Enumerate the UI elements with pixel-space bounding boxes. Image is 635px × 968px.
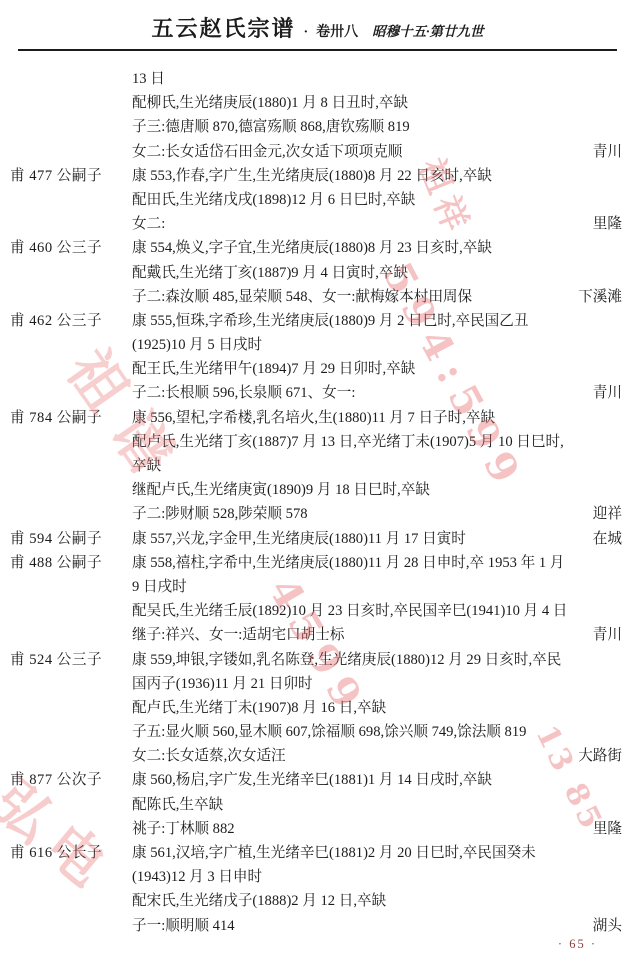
entry-text: 13 日	[132, 67, 622, 91]
book-title: 五云赵氏宗谱	[151, 16, 295, 41]
entry-text: 祧子:丁林顺 882	[132, 817, 593, 841]
father-rank-label: 甫 477 公嗣子	[0, 164, 132, 188]
entry-line: 配戴氏,生光绪丁亥(1887)9 月 4 日寅时,卒缺	[0, 261, 635, 285]
entry-line: 继子:祥兴、女一:适胡宅口胡士标 青川	[0, 623, 635, 647]
entry-text: 继子:祥兴、女一:适胡宅口胡士标	[132, 623, 593, 647]
entry-text: 配田氏,生光绪戊戌(1898)12 月 6 日巳时,卒缺	[132, 188, 622, 212]
entry-text: 子三:德唐顺 870,德富殇顺 868,唐钦殇顺 819	[132, 115, 622, 139]
entry-text: 配柳氏,生光绪庚辰(1880)1 月 8 日丑时,卒缺	[132, 91, 622, 115]
entry-line: 子二:森汝顺 485,显荣顺 548、女一:献梅嫁本村田周保 下溪滩	[0, 285, 635, 309]
entry-text: 康 559,坤银,字镂如,乳名陈登,生光绪庚辰(1880)12 月 29 日亥时…	[132, 648, 622, 672]
entry-text: 继配卢氏,生光绪庚寅(1890)9 月 18 日巳时,卒缺	[132, 478, 622, 502]
page-number: · 65 ·	[558, 937, 597, 952]
entry-text: 子二:森汝顺 485,显荣顺 548、女一:献梅嫁本村田周保	[132, 285, 578, 309]
entry-line: 9 日戌时	[0, 575, 635, 599]
rows: 13 日 配柳氏,生光绪庚辰(1880)1 月 8 日丑时,卒缺 子三:德唐顺 …	[0, 67, 635, 938]
entry-text: 女二:长女适蔡,次女适汪	[132, 744, 578, 768]
entry-text: 康 555,恒珠,字希珍,生光绪庚辰(1880)9 月 2 日巳时,卒民国乙丑	[132, 309, 622, 333]
entry-line: 配卢氏,生光绪丁未(1907)8 月 16 日,卒缺	[0, 696, 635, 720]
father-rank-label: 甫 594 公嗣子	[0, 527, 132, 551]
entry-text: 子二:陟财顺 528,陟荣顺 578	[132, 502, 593, 526]
place-name: 里隆	[593, 212, 635, 236]
entry-line: 甫 488 公嗣子 康 558,禧柱,字希中,生光绪庚辰(1880)11 月 2…	[0, 551, 635, 575]
entry-line: 甫 877 公次子 康 560,杨启,字广发,生光绪辛巳(1881)1 月 14…	[0, 768, 635, 792]
entry-line: 甫 616 公长子 康 561,汉培,字广植,生光绪辛巳(1881)2 月 20…	[0, 841, 635, 865]
entry-line: 甫 460 公三子 康 554,焕义,字子宜,生光绪庚辰(1880)8 月 23…	[0, 236, 635, 260]
section-label: 昭穆十五·第廿九世	[372, 24, 483, 39]
entry-line: 女二:长女适岱石田金元,次女适下项项克顺 青川	[0, 140, 635, 164]
entry-line: 甫 462 公三子 康 555,恒珠,字希珍,生光绪庚辰(1880)9 月 2 …	[0, 309, 635, 333]
genealogy-page: 五云赵氏宗谱 · 卷卅八 昭穆十五·第廿九世 13 日 配柳氏,生光绪庚辰(18…	[0, 0, 635, 968]
place-name: 青川	[593, 623, 635, 647]
entry-line: 配陈氏,生卒缺	[0, 793, 635, 817]
entry-text: 配卢氏,生光绪丁未(1907)8 月 16 日,卒缺	[132, 696, 622, 720]
entry-line: 13 日	[0, 67, 635, 91]
entry-text: 康 560,杨启,字广发,生光绪辛巳(1881)1 月 14 日戌时,卒缺	[132, 768, 622, 792]
father-rank-label: 甫 616 公长子	[0, 841, 132, 865]
entry-line: 甫 594 公嗣子 康 557,兴龙,字金甲,生光绪庚辰(1880)11 月 1…	[0, 527, 635, 551]
entry-line: 女二:长女适蔡,次女适汪 大路街	[0, 744, 635, 768]
place-name: 里隆	[593, 817, 635, 841]
entry-line: 配田氏,生光绪戊戌(1898)12 月 6 日巳时,卒缺	[0, 188, 635, 212]
place-name: 青川	[593, 140, 635, 164]
entry-text: 康 558,禧柱,字希中,生光绪庚辰(1880)11 月 28 日申时,卒 19…	[132, 551, 622, 575]
entry-text: 康 553,作春,字广生,生光绪庚辰(1880)8 月 22 日亥时,卒缺	[132, 164, 622, 188]
entry-line: (1925)10 月 5 日戌时	[0, 333, 635, 357]
entry-line: 卒缺	[0, 454, 635, 478]
entry-text: 女二:长女适岱石田金元,次女适下项项克顺	[132, 140, 593, 164]
place-name: 迎祥	[593, 502, 635, 526]
father-rank-label: 甫 524 公三子	[0, 648, 132, 672]
entry-text: 配王氏,生光绪甲午(1894)7 月 29 日卯时,卒缺	[132, 357, 622, 381]
entry-line: 女二: 里隆	[0, 212, 635, 236]
entry-line: 配宋氏,生光绪戊子(1888)2 月 12 日,卒缺	[0, 889, 635, 913]
entry-line: 子一:顺明顺 414 湖头	[0, 914, 635, 938]
entry-text: 配吴氏,生光绪壬辰(1892)10 月 23 日亥时,卒民国辛巳(1941)10…	[132, 599, 622, 623]
entry-line: 配吴氏,生光绪壬辰(1892)10 月 23 日亥时,卒民国辛巳(1941)10…	[0, 599, 635, 623]
entry-text: 9 日戌时	[132, 575, 622, 599]
place-name: 湖头	[593, 914, 635, 938]
title-separator: ·	[303, 25, 308, 40]
entry-text: 子五:显火顺 560,显木顺 607,馀福顺 698,馀兴顺 749,馀法顺 8…	[132, 720, 622, 744]
entry-text: 女二:	[132, 212, 593, 236]
entry-line: 子三:德唐顺 870,德富殇顺 868,唐钦殇顺 819	[0, 115, 635, 139]
entry-text: 卒缺	[132, 454, 622, 478]
volume-label: 卷卅八	[316, 25, 358, 40]
entry-text: 国丙子(1936)11 月 21 日卯时	[132, 672, 622, 696]
entry-text: 子二:长根顺 596,长泉顺 671、女一:	[132, 381, 593, 405]
entry-text: 配戴氏,生光绪丁亥(1887)9 月 4 日寅时,卒缺	[132, 261, 622, 285]
entry-line: 继配卢氏,生光绪庚寅(1890)9 月 18 日巳时,卒缺	[0, 478, 635, 502]
entry-line: 配卢氏,生光绪丁亥(1887)7 月 13 日,卒光绪丁未(1907)5 月 1…	[0, 430, 635, 454]
entry-text: 配宋氏,生光绪戊子(1888)2 月 12 日,卒缺	[132, 889, 622, 913]
father-rank-label: 甫 462 公三子	[0, 309, 132, 333]
entry-line: 配王氏,生光绪甲午(1894)7 月 29 日卯时,卒缺	[0, 357, 635, 381]
entry-text: 康 556,望杞,字希楼,乳名培火,生(1880)11 月 7 日子时,卒缺	[132, 406, 622, 430]
entry-line: 祧子:丁林顺 882 里隆	[0, 817, 635, 841]
entry-line: 甫 784 公嗣子 康 556,望杞,字希楼,乳名培火,生(1880)11 月 …	[0, 406, 635, 430]
entry-text: 康 554,焕义,字子宜,生光绪庚辰(1880)8 月 23 日亥时,卒缺	[132, 236, 622, 260]
entry-line: 甫 477 公嗣子 康 553,作春,字广生,生光绪庚辰(1880)8 月 22…	[0, 164, 635, 188]
entry-line: 甫 524 公三子 康 559,坤银,字镂如,乳名陈登,生光绪庚辰(1880)1…	[0, 648, 635, 672]
entry-line: 配柳氏,生光绪庚辰(1880)1 月 8 日丑时,卒缺	[0, 91, 635, 115]
place-name: 青川	[593, 381, 635, 405]
entry-text: 配陈氏,生卒缺	[132, 793, 622, 817]
entry-text: 配卢氏,生光绪丁亥(1887)7 月 13 日,卒光绪丁未(1907)5 月 1…	[132, 430, 622, 454]
page-header: 五云赵氏宗谱 · 卷卅八 昭穆十五·第廿九世	[0, 0, 635, 43]
entry-text: 子一:顺明顺 414	[132, 914, 593, 938]
entry-text: (1943)12 月 3 日申时	[132, 865, 622, 889]
entry-line: 国丙子(1936)11 月 21 日卯时	[0, 672, 635, 696]
entry-line: 子二:陟财顺 528,陟荣顺 578 迎祥	[0, 502, 635, 526]
entry-text: 康 561,汉培,字广植,生光绪辛巳(1881)2 月 20 日巳时,卒民国癸未	[132, 841, 622, 865]
header-rule	[18, 49, 617, 51]
entry-text: (1925)10 月 5 日戌时	[132, 333, 622, 357]
entry-line: 子二:长根顺 596,长泉顺 671、女一: 青川	[0, 381, 635, 405]
place-name: 在城	[593, 527, 635, 551]
father-rank-label: 甫 488 公嗣子	[0, 551, 132, 575]
father-rank-label: 甫 784 公嗣子	[0, 406, 132, 430]
father-rank-label: 甫 460 公三子	[0, 236, 132, 260]
father-rank-label: 甫 877 公次子	[0, 768, 132, 792]
entry-text: 康 557,兴龙,字金甲,生光绪庚辰(1880)11 月 17 日寅时	[132, 527, 593, 551]
entry-line: 子五:显火顺 560,显木顺 607,馀福顺 698,馀兴顺 749,馀法顺 8…	[0, 720, 635, 744]
place-name: 大路街	[578, 744, 635, 768]
place-name: 下溪滩	[578, 285, 635, 309]
entry-line: (1943)12 月 3 日申时	[0, 865, 635, 889]
